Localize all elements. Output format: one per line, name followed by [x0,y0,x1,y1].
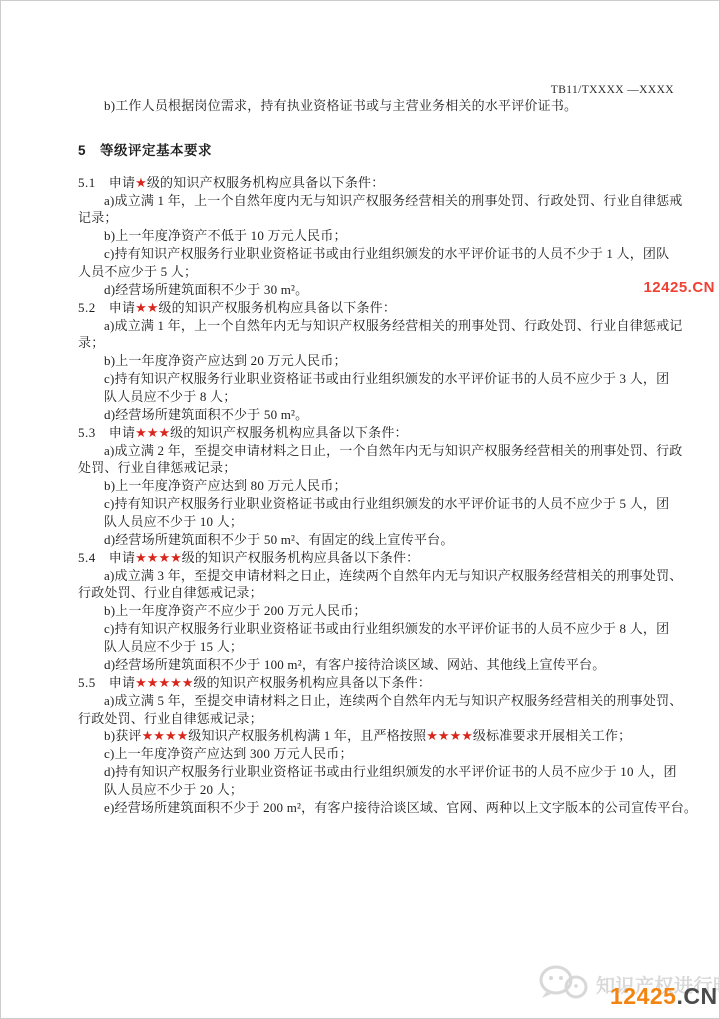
star-rating: ★ [135,175,147,190]
doc-line: a)成立满 1 年，上一个自然年内无与知识产权服务经营相关的刑事处罚、行政处罚、… [78,317,700,335]
document-page: TB11/TXXXX —XXXX b)工作人员根据岗位需求，持有执业资格证书或与… [0,0,720,1019]
doc-line: a)成立满 5 年，至提交申请材料之日止，连续两个自然年内无与知识产权服务经营相… [78,692,700,710]
clause-heading: 5.3申请★★★级的知识产权服务机构应具备以下条件： [78,424,700,442]
doc-line: 队人员应不少于 8 人； [78,388,700,406]
doc-line: b)获评★★★★级知识产权服务机构满 1 年，且严格按照★★★★级标准要求开展相… [78,727,700,745]
star-rating: ★★ [135,300,158,315]
doc-line: a)成立满 3 年，至提交申请材料之日止，连续两个自然年内无与知识产权服务经营相… [78,567,700,585]
doc-line: b)上一年度净资产不应少于 200 万元人民币； [78,602,700,620]
doc-line: c)持有知识产权服务行业职业资格证书或由行业组织颁发的水平评价证书的人员不少于 … [78,245,700,263]
doc-line: e)经营场所建筑面积不少于 200 m²，有客户接待洽谈区域、官网、两种以上文字… [78,799,700,817]
footer-brand-overlay: 12425.CN [610,983,718,1010]
footer-brand-suffix: .CN [676,983,717,1009]
star-rating: ★★★★ [142,728,189,743]
doc-line: 记录； [78,209,700,227]
doc-line: a)成立满 2 年，至提交申请材料之日止，一个自然年内无与知识产权服务经营相关的… [78,442,700,460]
panda-chat-bubble-logo-icon [536,963,592,1006]
document-code: TB11/TXXXX —XXXX [551,84,674,96]
doc-line: c)持有知识产权服务行业职业资格证书或由行业组织颁发的水平评价证书的人员不应少于… [78,370,700,388]
doc-line: 行政处罚、行业自律惩戒记录； [78,584,700,602]
doc-line: c)持有知识产权服务行业职业资格证书或由行业组织颁发的水平评价证书的人员不应少于… [78,620,700,638]
star-rating: ★★★★ [426,728,473,743]
star-rating: ★★★ [135,425,170,440]
doc-line: c)持有知识产权服务行业职业资格证书或由行业组织颁发的水平评价证书的人员不应少于… [78,495,700,513]
footer-brand-number: 12425 [610,983,676,1009]
doc-line: d)持有知识产权服务行业职业资格证书或由行业组织颁发的水平评价证书的人员不应少于… [78,763,700,781]
doc-line: 队人员应不少于 10 人； [78,513,700,531]
doc-line: 人员不应少于 5 人； [78,263,700,281]
watermark-12425: 12425.CN [643,279,715,296]
doc-line: 队人员应不少于 15 人； [78,638,700,656]
doc-line: d)经营场所建筑面积不少于 50 m²。 [78,406,700,424]
doc-line: a)成立满 1 年，上一个自然年度内无与知识产权服务经营相关的刑事处罚、行政处罚… [78,192,700,210]
document-body: b)工作人员根据岗位需求，持有执业资格证书或与主营业务相关的水平评价证书。5等级… [78,97,700,817]
clause-heading: 5.2申请★★级的知识产权服务机构应具备以下条件： [78,299,700,317]
footer-brand: 知识产权进行时 12425.CN [536,963,718,1009]
clause-heading: 5.1申请★级的知识产权服务机构应具备以下条件： [78,174,700,192]
doc-line: b)上一年度净资产应达到 80 万元人民币； [78,477,700,495]
doc-line: b)上一年度净资产应达到 20 万元人民币； [78,352,700,370]
doc-line: 处罚、行业自律惩戒记录； [78,459,700,477]
doc-line: c)上一年度净资产应达到 300 万元人民币； [78,745,700,763]
clause-heading: 5.5申请★★★★★级的知识产权服务机构应具备以下条件： [78,674,700,692]
doc-line: 行政处罚、行业自律惩戒记录； [78,710,700,728]
doc-line: 录； [78,334,700,352]
doc-line: d)经营场所建筑面积不少于 100 m²，有客户接待洽谈区域、网站、其他线上宣传… [78,656,700,674]
section-heading: 5等级评定基本要求 [78,142,700,160]
doc-line: d)经营场所建筑面积不少于 30 m²。 [78,281,700,299]
doc-line: b)上一年度净资产不低于 10 万元人民币； [78,227,700,245]
doc-line: 队人员应不少于 20 人； [78,781,700,799]
intro-item: b)工作人员根据岗位需求，持有执业资格证书或与主营业务相关的水平评价证书。 [78,97,700,115]
doc-line: d)经营场所建筑面积不少于 50 m²、有固定的线上宣传平台。 [78,531,700,549]
clause-heading: 5.4申请★★★★级的知识产权服务机构应具备以下条件： [78,549,700,567]
star-rating: ★★★★ [135,550,182,565]
star-rating: ★★★★★ [135,675,193,690]
